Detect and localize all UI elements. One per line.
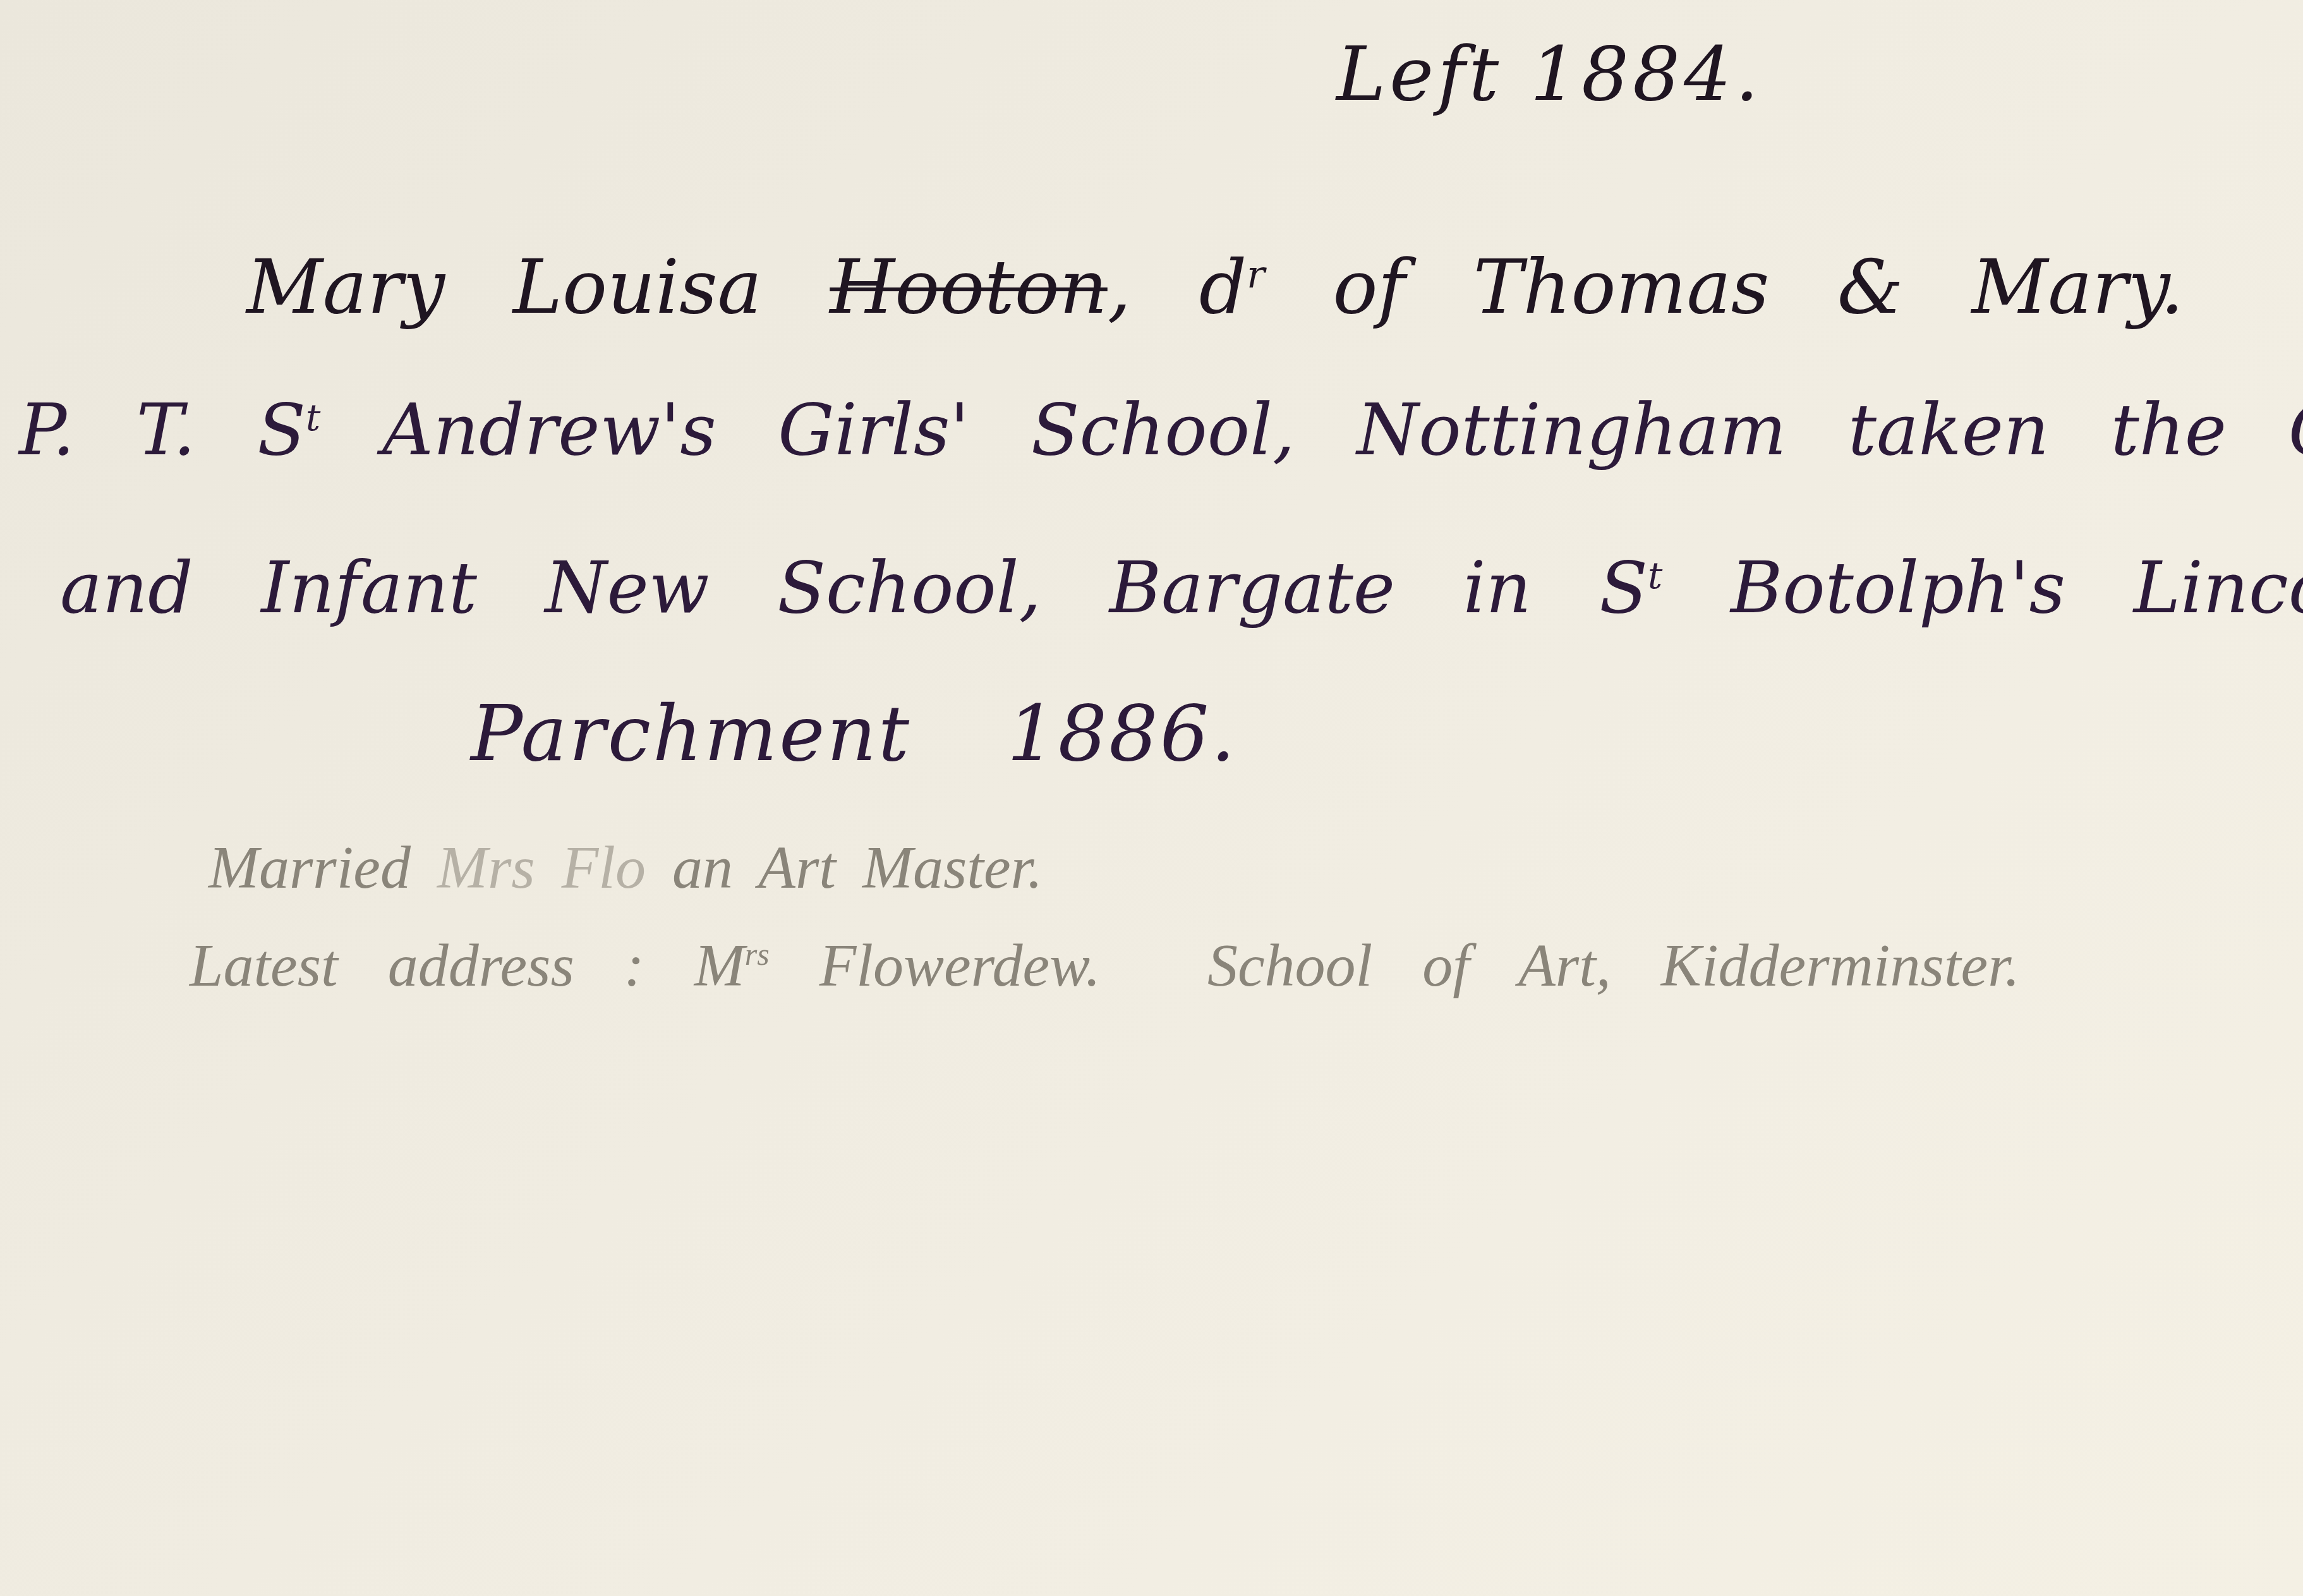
parents: Thomas & Mary. xyxy=(1473,243,2184,330)
parchment-year: 1886. xyxy=(1007,689,1237,778)
address-title-letter: M xyxy=(694,931,745,999)
saint-abbrev: St xyxy=(257,389,320,471)
name-line: Mary Louisa Hooton, dr of Thomas & Mary. xyxy=(246,250,2184,324)
address-surname: Flowerdew. xyxy=(819,931,1101,999)
school-name: Andrew's Girls' School, xyxy=(382,389,1295,471)
struck-surname: Hooton xyxy=(830,243,1107,330)
saint-sup-2: t xyxy=(1648,554,1662,597)
parchment-line: Parchment 1886. xyxy=(471,695,1237,772)
left-word: Left xyxy=(1336,30,1502,118)
married-note: Married Mrs Flo an Art Master. xyxy=(209,837,1043,898)
latest-address-note: Latest address : Mrs Flowerdew. School o… xyxy=(190,935,2020,996)
married-overwrite: Mrs Flo xyxy=(437,833,646,901)
school-line: P. T. St Andrew's Girls' School, Notting… xyxy=(19,395,2303,466)
infant-line-start: and Infant New School, Bargate in xyxy=(60,547,1532,629)
left-year-note: Left 1884. xyxy=(1336,37,1763,111)
saint-letter: S xyxy=(257,389,306,471)
saint-sup: t xyxy=(306,396,320,439)
infant-line-end: Botolph's Lincoln. xyxy=(1731,547,2303,629)
address-place: School of Art, Kidderminster. xyxy=(1207,931,2020,999)
left-year: 1884. xyxy=(1530,30,1763,118)
parchment-label: Parchment xyxy=(471,689,911,778)
saint-abbrev-2: St xyxy=(1599,547,1662,629)
infant-school-line: and Infant New School, Bargate in St Bot… xyxy=(60,553,2303,624)
school-line-rest: taken the Girls' xyxy=(1848,389,2303,471)
address-title: Mrs xyxy=(694,931,770,999)
school-city: Nottingham xyxy=(1357,389,1786,471)
surname-punct: , xyxy=(1108,243,1132,330)
saint-letter-2: S xyxy=(1599,547,1648,629)
first-names: Mary Louisa xyxy=(246,243,762,330)
register-page: Left 1884. Mary Louisa Hooton, dr of Tho… xyxy=(0,0,2303,1596)
daughter-abbrev-sup: r xyxy=(1247,253,1265,297)
daughter-abbrev-letter: d xyxy=(1199,243,1247,330)
of-word: of xyxy=(1333,243,1406,330)
married-word: Married xyxy=(209,833,411,901)
address-title-sup: rs xyxy=(745,936,770,972)
address-label: Latest address : xyxy=(190,931,644,999)
pt-abbrev: P. T. xyxy=(19,389,196,471)
married-rest: an Art Master. xyxy=(672,833,1043,901)
daughter-abbrev: dr xyxy=(1199,243,1265,330)
